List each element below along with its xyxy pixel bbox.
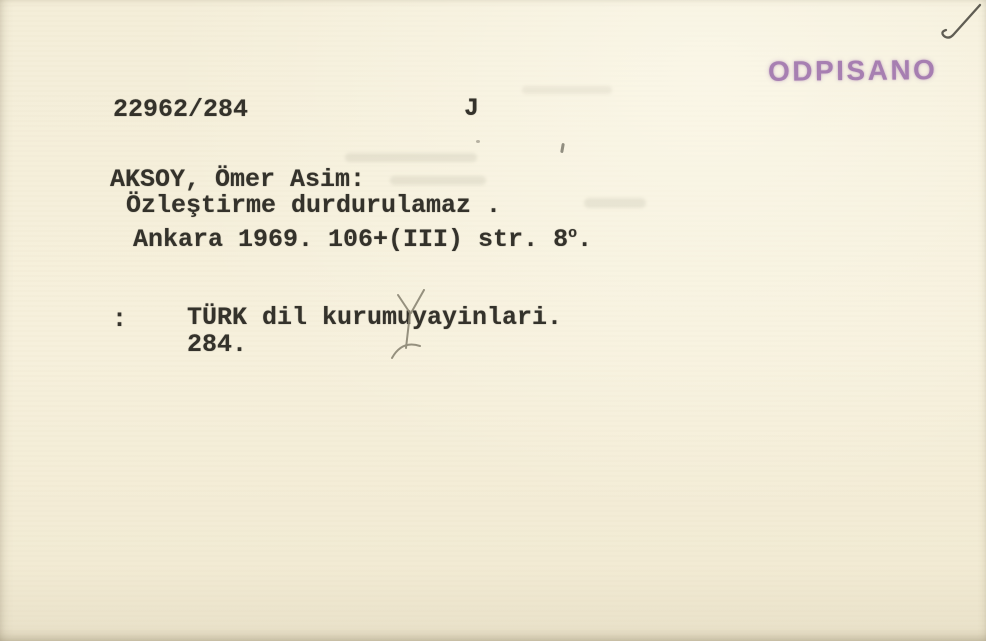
imprint-line: Ankara 1969. 106+(III) str. 8o.: [133, 227, 592, 253]
odpisano-stamp: ODPISANO: [768, 54, 938, 88]
imprint-main: Ankara 1969. 106+(III) str. 8: [133, 225, 568, 254]
call-number: 22962/284: [113, 97, 248, 123]
section-letter: J: [464, 96, 479, 122]
erasure-smudge: [345, 153, 477, 162]
imprint-tail: .: [577, 225, 592, 254]
author-line: AKSOY, Ömer Asim:: [110, 167, 365, 193]
series-number: 284.: [187, 332, 247, 358]
erasure-smudge: [584, 198, 646, 208]
erasure-smudge: [522, 86, 612, 94]
catalog-card-scan: 22962/284 J ODPISANO AKSOY, Ömer Asim: Ö…: [0, 0, 986, 641]
pencil-insertion-mark: [386, 286, 440, 374]
stray-ink-tick: [560, 143, 565, 153]
imprint-format-superscript: o: [568, 225, 577, 242]
stray-ink-dot: [476, 140, 480, 143]
title-line: Özleştirme durdurulamaz .: [126, 193, 501, 219]
series-line: TÜRK dil kurumuyayinlari.: [187, 305, 562, 331]
series-colon: :: [112, 307, 127, 333]
pen-checkmark-icon: [936, 0, 984, 48]
erasure-smudge: [390, 176, 486, 185]
